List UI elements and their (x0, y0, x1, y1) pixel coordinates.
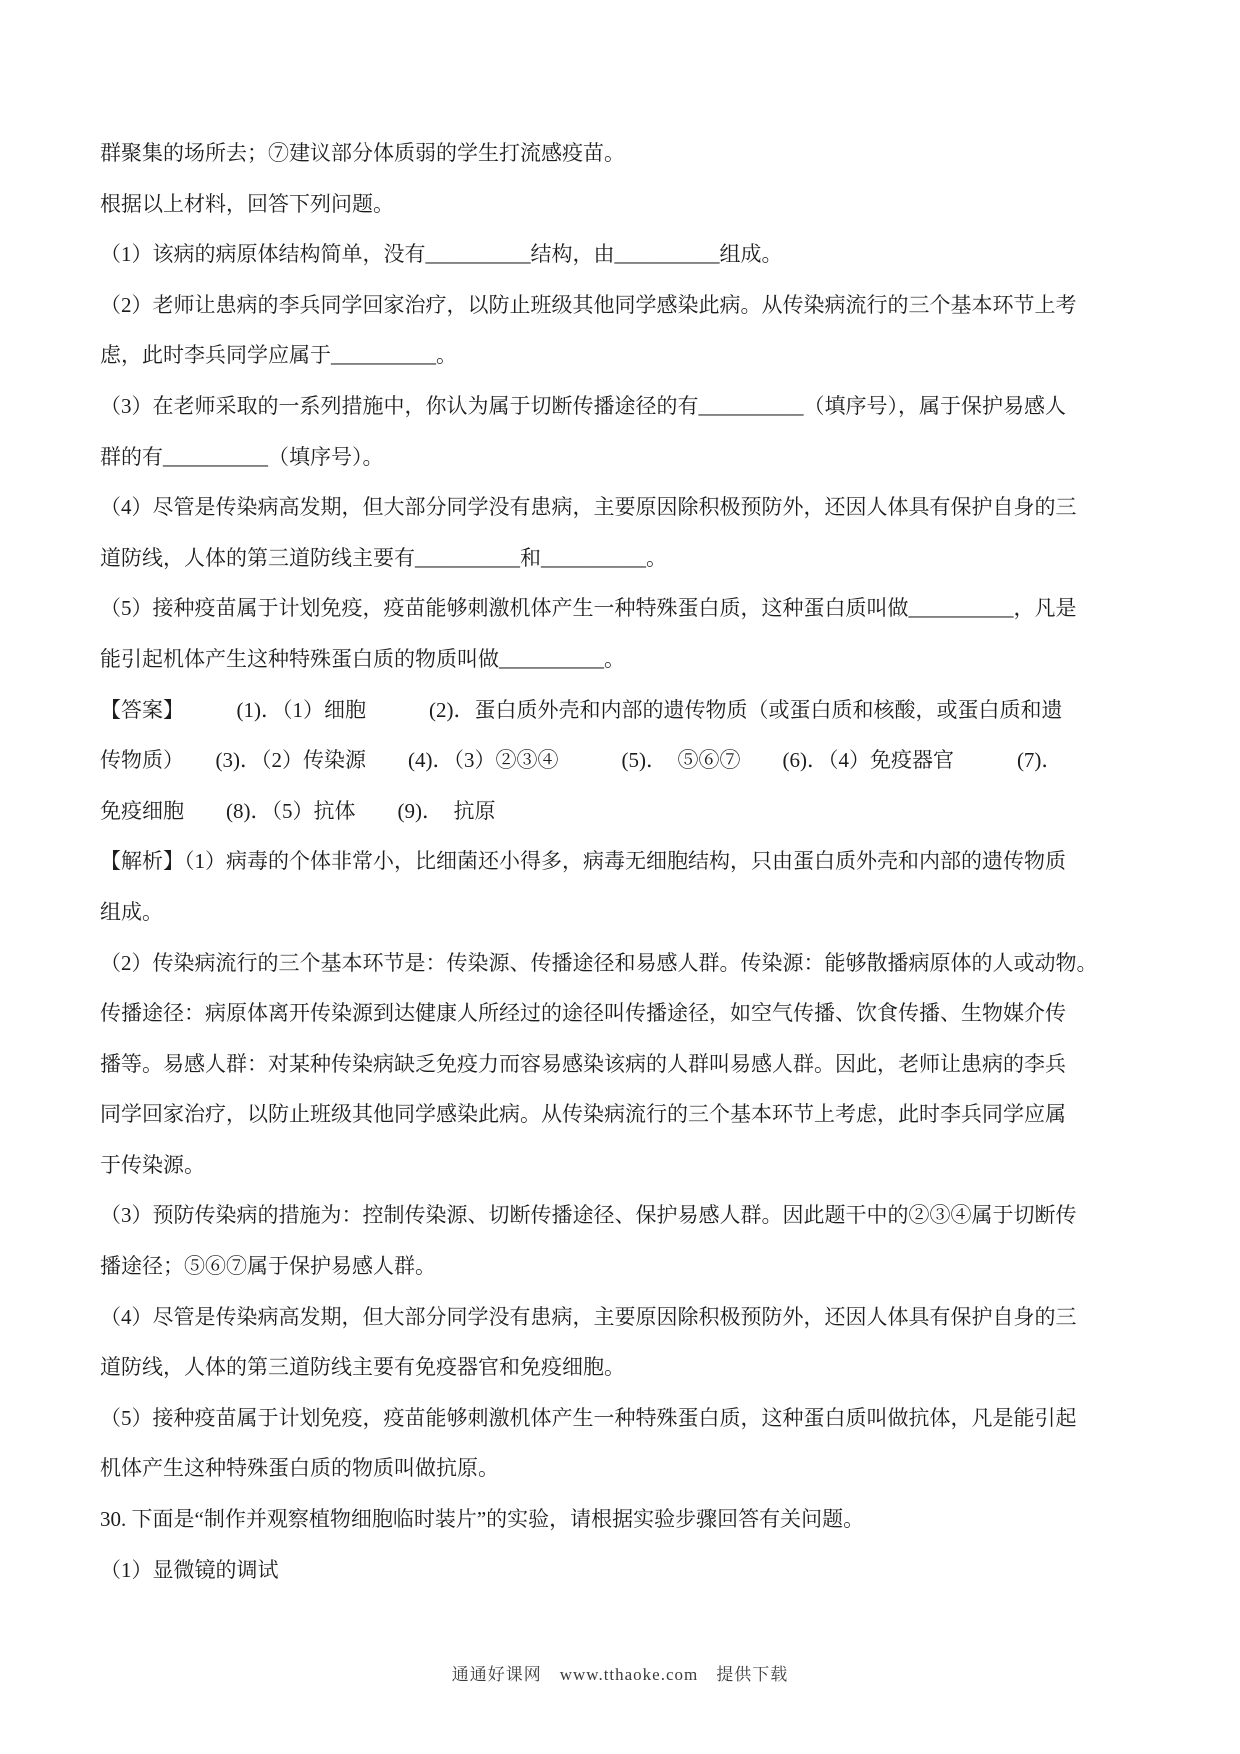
text-line: 道防线，人体的第三道防线主要有__________和__________。 (100, 533, 1145, 584)
text-line: 播途径；⑤⑥⑦属于保护易感人群。 (100, 1241, 1145, 1292)
text-line: 道防线，人体的第三道防线主要有免疫器官和免疫细胞。 (100, 1342, 1145, 1393)
text-line: 同学回家治疗，以防止班级其他同学感染此病。从传染病流行的三个基本环节上考虑，此时… (100, 1089, 1145, 1140)
text-line: （2）传染病流行的三个基本环节是：传染源、传播途径和易感人群。传染源：能够散播病… (100, 938, 1145, 989)
text-line: 【答案】 (1)．（1）细胞 (2)．蛋白质外壳和内部的遗传物质（或蛋白质和核酸… (100, 685, 1145, 736)
section-question-30: 30. 下面是“制作并观察植物细胞临时装片”的实验，请根据实验步骤回答有关问题。… (100, 1494, 1145, 1595)
text-line: 播等。易感人群：对某种传染病缺乏免疫力而容易感染该病的人群叫易感人群。因此，老师… (100, 1039, 1145, 1090)
text-line: （4）尽管是传染病高发期，但大部分同学没有患病，主要原因除积极预防外，还因人体具… (100, 482, 1145, 533)
document-body: 群聚集的场所去；⑦建议部分体质弱的学生打流感疫苗。根据以上材料，回答下列问题。（… (100, 128, 1145, 1595)
text-line: （5）接种疫苗属于计划免疫，疫苗能够刺激机体产生一种特殊蛋白质，这种蛋白质叫做抗… (100, 1393, 1145, 1444)
text-line: 传播途径：病原体离开传染源到达健康人所经过的途径叫传播途径，如空气传播、饮食传播… (100, 988, 1145, 1039)
section-questions: （1）该病的病原体结构简单，没有__________结构，由__________… (100, 229, 1145, 684)
text-line: （5）接种疫苗属于计划免疫，疫苗能够刺激机体产生一种特殊蛋白质，这种蛋白质叫做_… (100, 583, 1145, 634)
text-line: （3）在老师采取的一系列措施中，你认为属于切断传播途径的有__________（… (100, 381, 1145, 432)
text-line: 组成。 (100, 887, 1145, 938)
text-line: （3）预防传染病的措施为：控制传染源、切断传播途径、保护易感人群。因此题干中的②… (100, 1190, 1145, 1241)
text-line: 30. 下面是“制作并观察植物细胞临时装片”的实验，请根据实验步骤回答有关问题。 (100, 1494, 1145, 1545)
section-reading-material: 群聚集的场所去；⑦建议部分体质弱的学生打流感疫苗。根据以上材料，回答下列问题。 (100, 128, 1145, 229)
text-line: 根据以上材料，回答下列问题。 (100, 179, 1145, 230)
text-line: 虑，此时李兵同学应属于__________。 (100, 330, 1145, 381)
text-line: （1）显微镜的调试 (100, 1545, 1145, 1596)
text-line: （2）老师让患病的李兵同学回家治疗，以防止班级其他同学感染此病。从传染病流行的三… (100, 280, 1145, 331)
section-analysis: 【解析】（1）病毒的个体非常小，比细菌还小得多，病毒无细胞结构，只由蛋白质外壳和… (100, 836, 1145, 1494)
text-line: 群的有__________（填序号）。 (100, 432, 1145, 483)
text-line: （4）尽管是传染病高发期，但大部分同学没有患病，主要原因除积极预防外，还因人体具… (100, 1292, 1145, 1343)
text-line: 免疫细胞 (8)．（5）抗体 (9)． 抗原 (100, 786, 1145, 837)
text-line: 【解析】（1）病毒的个体非常小，比细菌还小得多，病毒无细胞结构，只由蛋白质外壳和… (100, 836, 1145, 887)
section-answer: 【答案】 (1)．（1）细胞 (2)．蛋白质外壳和内部的遗传物质（或蛋白质和核酸… (100, 685, 1145, 837)
text-line: 于传染源。 (100, 1140, 1145, 1191)
text-line: （1）该病的病原体结构简单，没有__________结构，由__________… (100, 229, 1145, 280)
text-line: 能引起机体产生这种特殊蛋白质的物质叫做__________。 (100, 634, 1145, 685)
document-page: 群聚集的场所去；⑦建议部分体质弱的学生打流感疫苗。根据以上材料，回答下列问题。（… (0, 0, 1240, 1754)
text-line: 机体产生这种特殊蛋白质的物质叫做抗原。 (100, 1443, 1145, 1494)
text-line: 传物质） (3)．（2）传染源 (4)．（3）②③④ (5)． ⑤⑥⑦ (6)．… (100, 735, 1145, 786)
footer-watermark: 通通好课网 www.tthaoke.com 提供下载 (0, 1660, 1240, 1685)
text-line: 群聚集的场所去；⑦建议部分体质弱的学生打流感疫苗。 (100, 128, 1145, 179)
